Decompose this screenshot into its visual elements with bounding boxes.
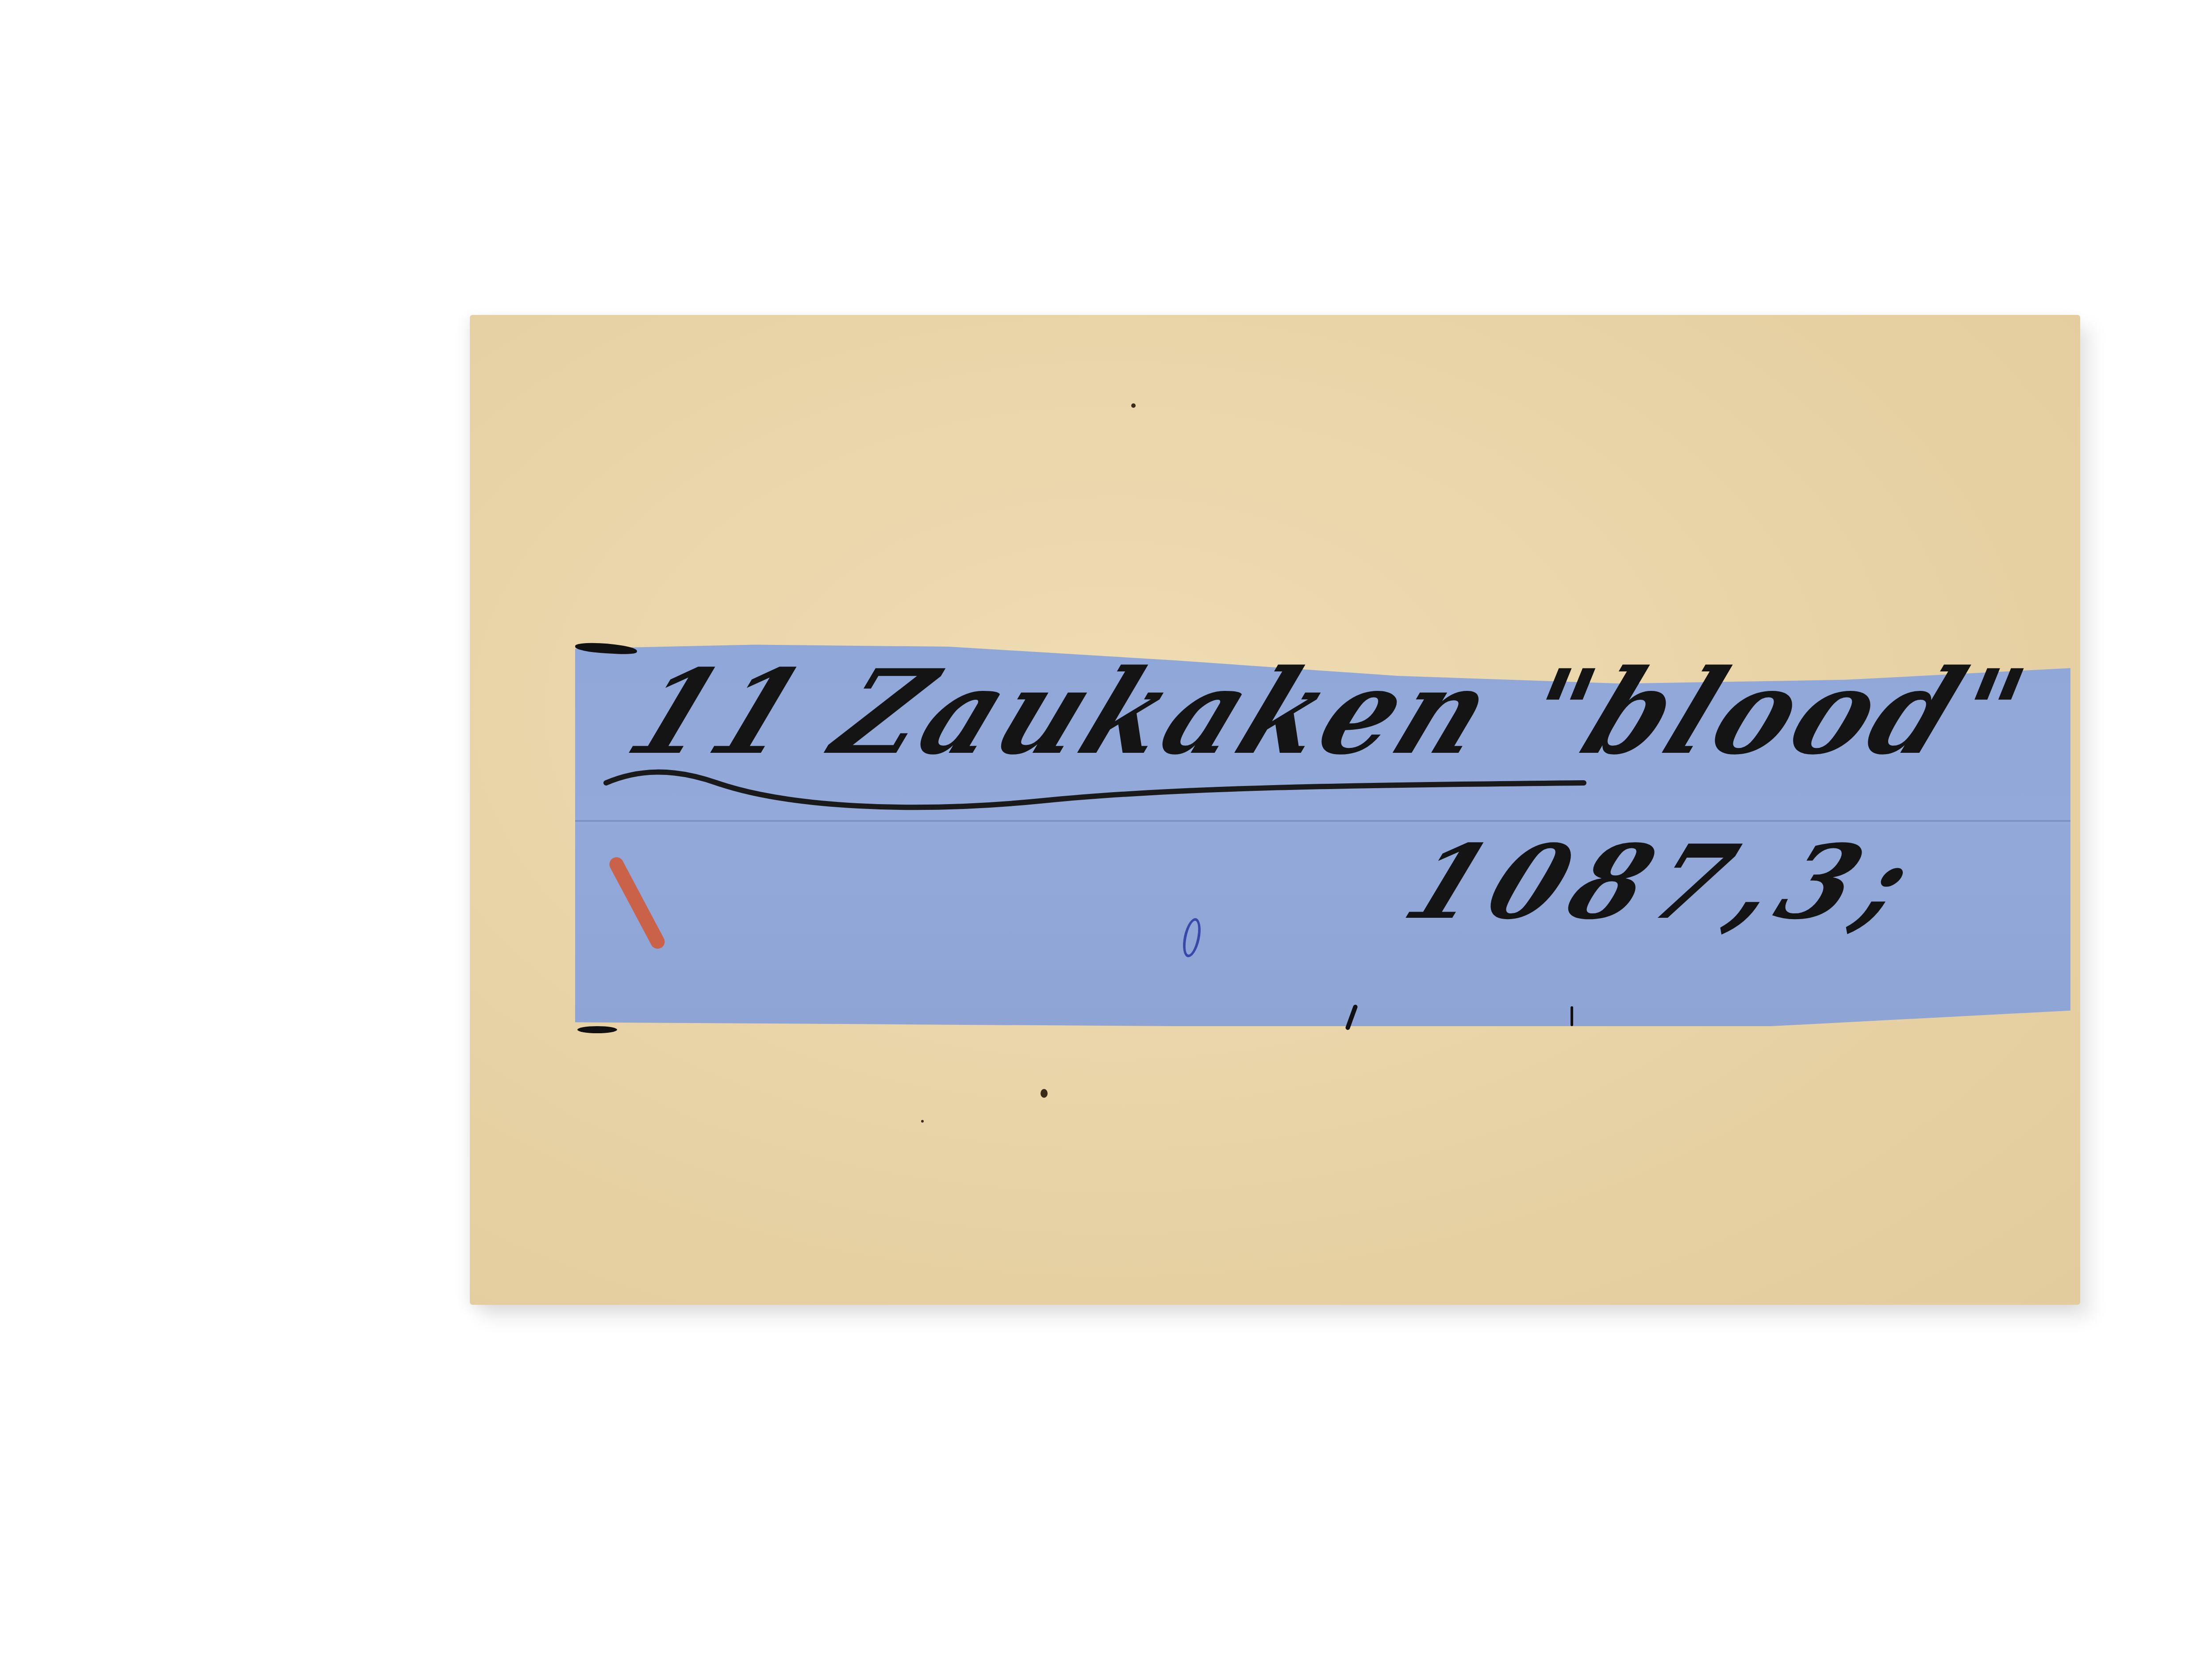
handwritten-underline xyxy=(602,765,1588,814)
ink-tear-mark xyxy=(577,1026,617,1033)
label-line-1: 11 Zaukaken "blood" xyxy=(611,644,2049,780)
paper-speck xyxy=(1041,1089,1048,1098)
ink-fragment xyxy=(1571,1006,1573,1026)
paper-speck xyxy=(921,1120,924,1123)
paper-speck xyxy=(1131,403,1136,408)
label-line-2: 1087,3; xyxy=(1389,823,1939,942)
